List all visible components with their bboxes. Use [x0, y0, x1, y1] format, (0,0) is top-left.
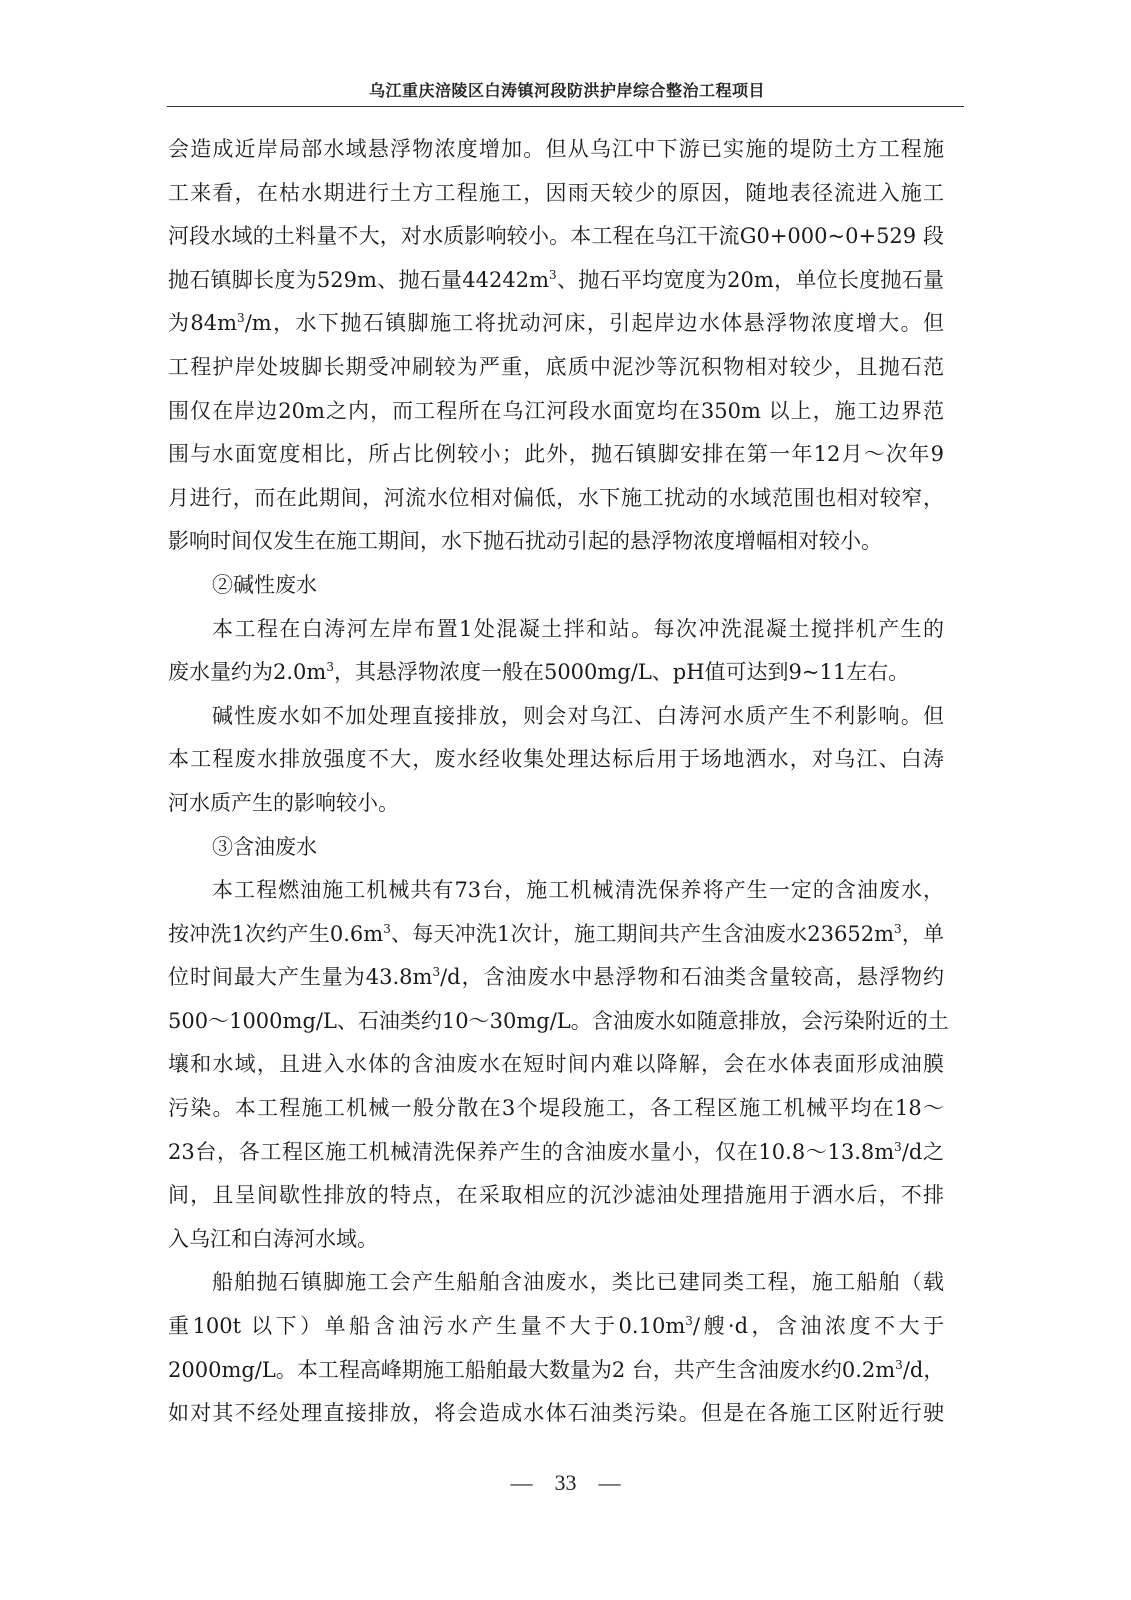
superscript: 3: [549, 268, 557, 282]
line-text: 本工程废水排放强度不大，废水经收集处理达标后用于场地洒水，对乌江、白涛: [168, 747, 944, 771]
text-line: 围与水面宽度相比，所占比例较小；此外，抛石镇脚安排在第一年12月～次年9: [168, 433, 944, 477]
line-text: 废水量约为2.0m: [168, 660, 326, 684]
superscript: 3: [894, 922, 902, 936]
line-text: 本工程在白涛河左岸布置1处混凝土拌和站。每次冲洗混凝土搅拌机产生的: [212, 617, 944, 641]
line-text: /d，含油废水中悬浮物和石油类含量较高，悬浮物约: [440, 965, 944, 989]
line-text: 、每天冲洗1次计，施工期间共产生含油废水23652m: [391, 922, 894, 946]
line-text: 围与水面宽度相比，所占比例较小；此外，抛石镇脚安排在第一年12月～次年9: [168, 442, 944, 466]
text-line: 抛石镇脚长度为529m、抛石量44242m3、抛石平均宽度为20m，单位长度抛石…: [168, 259, 944, 303]
page-number: — 33 —: [0, 1466, 1131, 1497]
text-line: 为84m3/m，水下抛石镇脚施工将扰动河床，引起岸边水体悬浮物浓度增大。但: [168, 302, 944, 346]
line-text: ②碱性废水: [212, 573, 317, 597]
superscript: 3: [894, 1140, 902, 1154]
line-text: 如对其不经处理直接排放，将会造成水体石油类污染。但是在各施工区附近行驶: [168, 1401, 944, 1425]
text-line: 位时间最大产生量为43.8m3/d，含油废水中悬浮物和石油类含量较高，悬浮物约: [168, 956, 944, 1000]
text-line: 污染。本工程施工机械一般分散在3个堤段施工，各工程区施工机械平均在18～: [168, 1087, 944, 1131]
text-line: 23台，各工程区施工机械清洗保养产生的含油废水量小，仅在10.8～13.8m3/…: [168, 1131, 944, 1175]
superscript: 3: [383, 922, 391, 936]
text-line: 船舶抛石镇脚施工会产生船舶含油废水，类比已建同类工程，施工船舶（载: [168, 1261, 944, 1305]
line-text: 河水质产生的影响较小。: [168, 791, 399, 815]
line-text: ，其悬浮物浓度一般在5000mg/L、pH值可达到9~11左右。: [334, 660, 909, 684]
text-line: 影响时间仅发生在施工期间，水下抛石扰动引起的悬浮物浓度增幅相对较小。: [168, 520, 944, 564]
superscript: 3: [326, 660, 334, 674]
header-divider: [167, 106, 964, 107]
line-text: 为84m: [168, 311, 237, 335]
text-line: 间，且呈间歇性排放的特点，在采取相应的沉沙滤油处理措施用于洒水后，不排: [168, 1174, 944, 1218]
text-line: 如对其不经处理直接排放，将会造成水体石油类污染。但是在各施工区附近行驶: [168, 1392, 944, 1436]
line-text: /d，: [903, 1358, 945, 1382]
line-text: 工来看，在枯水期进行土方工程施工，因雨天较少的原因，随地表径流进入施工: [168, 181, 944, 205]
line-text: 入乌江和白涛河水域。: [168, 1227, 378, 1251]
line-text: 2000mg/L。本工程高峰期施工船舶最大数量为2 台，共产生含油废水约0.2m: [168, 1358, 895, 1382]
line-text: ③含油废水: [212, 835, 317, 859]
superscript: 3: [895, 1358, 903, 1372]
page-header-title: 乌江重庆涪陵区白涛镇河段防洪护岸综合整治工程项目: [167, 78, 967, 101]
text-line: 壤和水域，且进入水体的含油废水在短时间内难以降解，会在水体表面形成油膜: [168, 1043, 944, 1087]
superscript: 3: [432, 965, 440, 979]
superscript: 3: [685, 1314, 693, 1328]
line-text: 本工程燃油施工机械共有73台，施工机械清洗保养将产生一定的含油废水，: [212, 878, 944, 902]
line-text: 位时间最大产生量为43.8m: [168, 965, 432, 989]
section-heading: ③含油废水: [168, 826, 944, 870]
line-text: /m，水下抛石镇脚施工将扰动河床，引起岸边水体悬浮物浓度增大。但: [245, 311, 944, 335]
line-text: 会造成近岸局部水域悬浮物浓度增加。但从乌江中下游已实施的堤防土方工程施: [168, 137, 944, 161]
line-text: 500～1000mg/L、石油类约10～30mg/L。含油废水如随意排放，会污染…: [168, 1009, 949, 1033]
text-line: 按冲洗1次约产生0.6m3、每天冲洗1次计，施工期间共产生含油废水23652m3…: [168, 913, 944, 957]
line-text: 工程护岸处坡脚长期受冲刷较为严重，底质中泥沙等沉积物相对较少，且抛石范: [168, 355, 944, 379]
text-line: 工来看，在枯水期进行土方工程施工，因雨天较少的原因，随地表径流进入施工: [168, 172, 944, 216]
text-line: 围仅在岸边20m之内，而工程所在乌江河段水面宽均在350m 以上，施工边界范: [168, 390, 944, 434]
text-line: 碱性废水如不加处理直接排放，则会对乌江、白涛河水质产生不利影响。但: [168, 695, 944, 739]
line-text: ，单: [902, 922, 944, 946]
text-line: 月进行，而在此期间，河流水位相对偏低，水下施工扰动的水域范围也相对较窄，: [168, 477, 944, 521]
line-text: 污染。本工程施工机械一般分散在3个堤段施工，各工程区施工机械平均在18～: [168, 1096, 944, 1120]
line-text: 23台，各工程区施工机械清洗保养产生的含油废水量小，仅在10.8～13.8m: [168, 1140, 894, 1164]
text-line: 河段水域的土料量不大，对水质影响较小。本工程在乌江干流G0+000~0+529 …: [168, 215, 944, 259]
text-line: 工程护岸处坡脚长期受冲刷较为严重，底质中泥沙等沉积物相对较少，且抛石范: [168, 346, 944, 390]
text-line: 500～1000mg/L、石油类约10～30mg/L。含油废水如随意排放，会污染…: [168, 1000, 944, 1044]
text-line: 本工程废水排放强度不大，废水经收集处理达标后用于场地洒水，对乌江、白涛: [168, 738, 944, 782]
text-line: 河水质产生的影响较小。: [168, 782, 944, 826]
line-text: 间，且呈间歇性排放的特点，在采取相应的沉沙滤油处理措施用于洒水后，不排: [168, 1183, 944, 1207]
text-line: 会造成近岸局部水域悬浮物浓度增加。但从乌江中下游已实施的堤防土方工程施: [168, 128, 944, 172]
superscript: 3: [237, 311, 245, 325]
line-text: /d之: [902, 1140, 944, 1164]
section-heading: ②碱性废水: [168, 564, 944, 608]
line-text: 河段水域的土料量不大，对水质影响较小。本工程在乌江干流G0+000~0+529 …: [168, 224, 944, 248]
line-text: 、抛石平均宽度为20m，单位长度抛石量: [557, 268, 944, 292]
line-text: /艘·d，含油浓度不大于: [693, 1314, 944, 1338]
line-text: 抛石镇脚长度为529m、抛石量44242m: [168, 268, 549, 292]
text-line: 2000mg/L。本工程高峰期施工船舶最大数量为2 台，共产生含油废水约0.2m…: [168, 1349, 944, 1393]
text-line: 本工程在白涛河左岸布置1处混凝土拌和站。每次冲洗混凝土搅拌机产生的: [168, 608, 944, 652]
text-line: 本工程燃油施工机械共有73台，施工机械清洗保养将产生一定的含油废水，: [168, 869, 944, 913]
line-text: 壤和水域，且进入水体的含油废水在短时间内难以降解，会在水体表面形成油膜: [168, 1052, 944, 1076]
line-text: 船舶抛石镇脚施工会产生船舶含油废水，类比已建同类工程，施工船舶（载: [212, 1270, 944, 1294]
text-line: 入乌江和白涛河水域。: [168, 1218, 944, 1262]
line-text: 重100t 以下）单船含油污水产生量不大于0.10m: [168, 1314, 685, 1338]
text-line: 重100t 以下）单船含油污水产生量不大于0.10m3/艘·d，含油浓度不大于: [168, 1305, 944, 1349]
text-line: 废水量约为2.0m3，其悬浮物浓度一般在5000mg/L、pH值可达到9~11左…: [168, 651, 944, 695]
line-text: 影响时间仅发生在施工期间，水下抛石扰动引起的悬浮物浓度增幅相对较小。: [168, 529, 882, 553]
line-text: 碱性废水如不加处理直接排放，则会对乌江、白涛河水质产生不利影响。但: [212, 704, 944, 728]
line-text: 按冲洗1次约产生0.6m: [168, 922, 383, 946]
line-text: 月进行，而在此期间，河流水位相对偏低，水下施工扰动的水域范围也相对较窄，: [168, 486, 944, 510]
document-body: 会造成近岸局部水域悬浮物浓度增加。但从乌江中下游已实施的堤防土方工程施工来看，在…: [168, 128, 944, 1436]
line-text: 围仅在岸边20m之内，而工程所在乌江河段水面宽均在350m 以上，施工边界范: [168, 399, 944, 423]
